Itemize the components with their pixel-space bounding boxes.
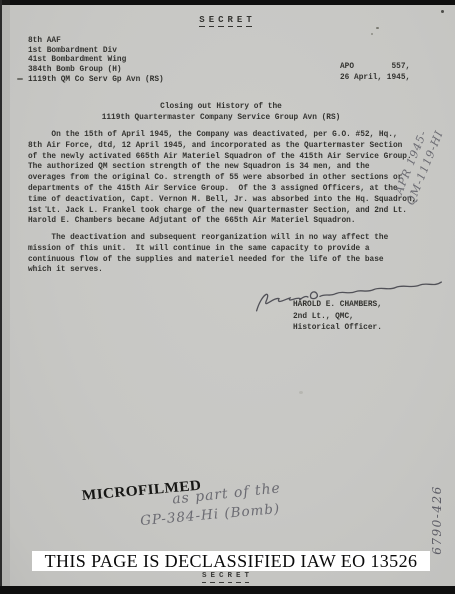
signature-typed-name: HAROLD E. CHAMBERS, [293,301,382,309]
microfilm-handwriting-line2: GP-384-Hi (Bomb) [140,501,281,529]
date-line: 26 April, 1945, [340,74,410,82]
document-title-line2: 1119th Quartermaster Company Service Gro… [102,114,341,122]
unit-heading-block: 8th AAF 1st Bombardment Div 41st Bombard… [28,37,164,86]
signature-block: HAROLD E. CHAMBERS, 2nd Lt., QMC, Histor… [293,300,382,335]
unit-line: 8th AAF [28,37,61,45]
unit-line: 41st Bombardment Wing [28,56,126,64]
scan-edge-left-shade [2,0,10,594]
classification-header: SECRET [0,15,455,27]
document-page: SECRET 8th AAF 1st Bombardment Div 41st … [0,0,455,594]
signature-title: Historical Officer. [293,324,382,332]
unit-line: 1st Bombardment Div [28,47,117,55]
signature-rank: 2nd Lt., QMC, [293,313,354,321]
scan-edge-top [0,0,455,5]
paper-smudge [299,391,303,394]
apo-line: APO 557, [340,63,410,71]
body-paragraph-2: The deactivation and subsequent reorgani… [28,233,388,276]
ink-speck [441,10,444,13]
unit-line: 384th Bomb Group (H) [28,66,122,74]
ink-speck [376,27,379,29]
document-title: Closing out History of the 1119th Quarte… [0,102,442,124]
ink-speck [371,33,373,35]
margin-microfilm-ref: 6790-426 [430,464,444,576]
ink-speck [45,206,47,208]
body-paragraph-1: On the 15th of April 1945, the Company w… [28,130,416,227]
unit-line: 1119th QM Co Serv Gp Avn (RS) [28,76,164,84]
document-title-line1: Closing out History of the [160,103,282,111]
classification-footer: SECRET [0,572,455,583]
apo-date-block: APO 557, 26 April, 1945, [340,62,410,83]
scan-edge-bottom [0,586,455,594]
ink-speck [17,78,23,80]
declassification-banner: THIS PAGE IS DECLASSIFIED IAW EO 13526 [32,551,430,571]
